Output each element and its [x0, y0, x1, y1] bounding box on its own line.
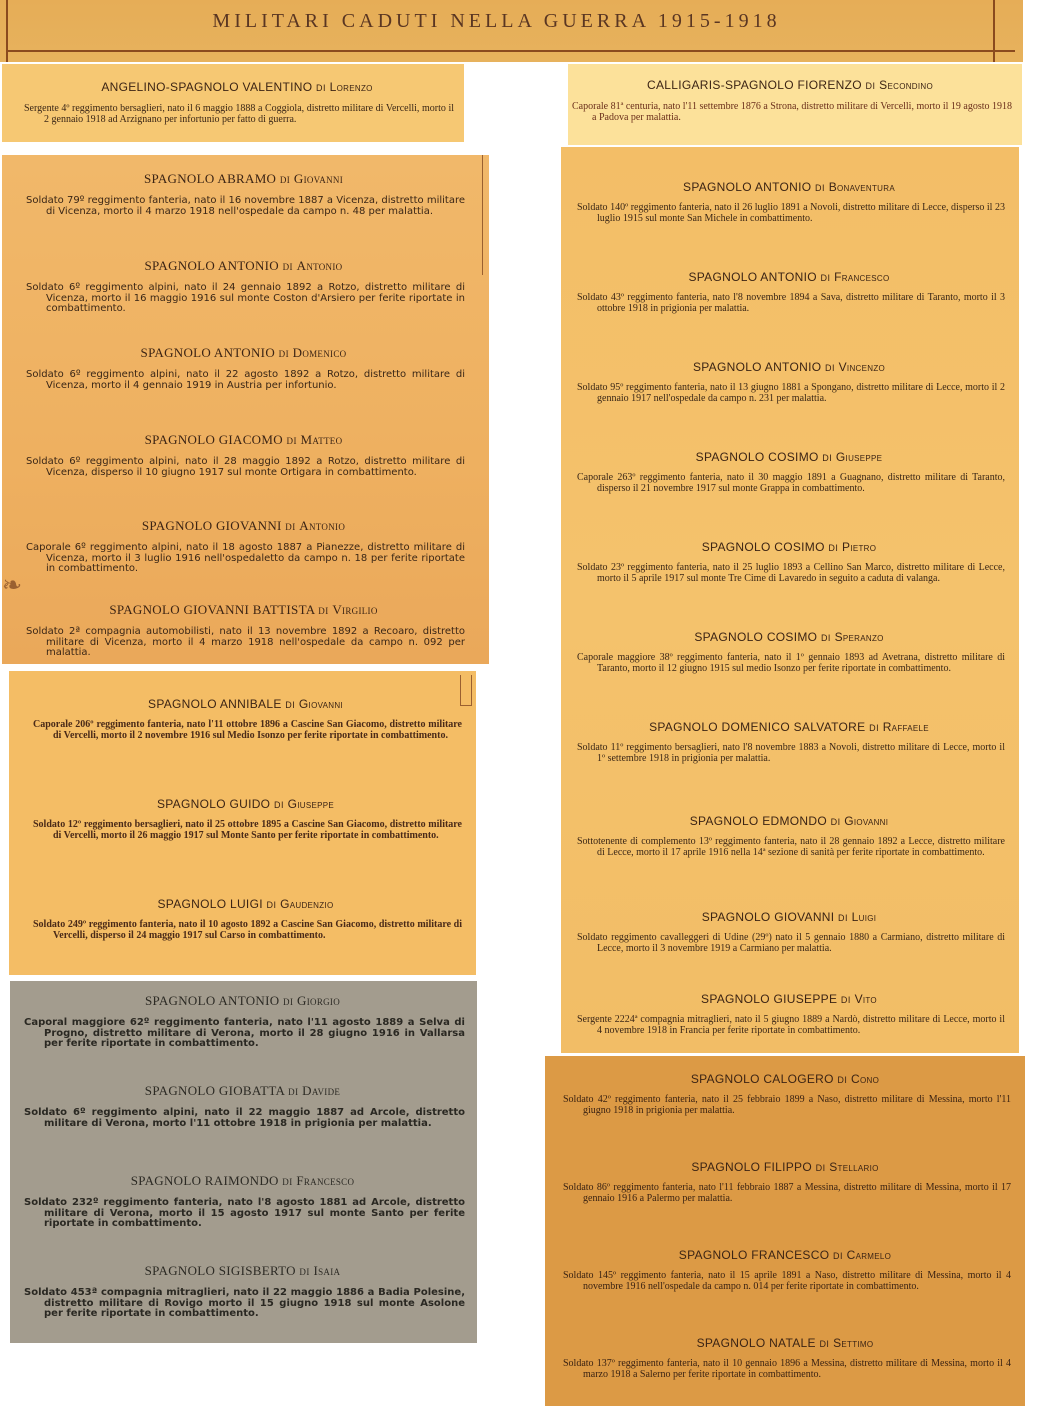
service-record-text: Caporale 263º reggimento fanteria, nato … [573, 473, 1005, 494]
father-name: Virgilio [332, 602, 377, 617]
soldier-name-heading: SPAGNOLO DOMENICO SALVATORE di Raffaele [573, 720, 1005, 734]
soldier-name: SPAGNOLO CALOGERO [691, 1072, 834, 1086]
soldier-name-heading: SPAGNOLO COSIMO di Giuseppe [573, 450, 1005, 464]
soldier-name-heading: SPAGNOLO COSIMO di Pietro [573, 540, 1005, 554]
memorial-entry: SPAGNOLO GIUSEPPE di VitoSergente 2224ª … [573, 992, 1005, 1053]
di-label: di [299, 1267, 310, 1277]
soldier-name-heading: SPAGNOLO GUIDO di Giuseppe [29, 797, 462, 811]
soldier-name-heading: CALLIGARIS-SPAGNOLO FIORENZO di Secondin… [568, 78, 1012, 92]
memorial-entry: ANGELINO-SPAGNOLO VALENTINO di LorenzoSe… [20, 80, 454, 125]
memorial-entry: SPAGNOLO DOMENICO SALVATORE di RaffaeleS… [573, 720, 1005, 814]
soldier-name: SPAGNOLO COSIMO [696, 450, 819, 464]
clipping-panel-5: SPAGNOLO ANNIBALE di GiovanniCaporale 20… [9, 671, 476, 975]
soldier-name-heading: SPAGNOLO GIOBATTA di Davide [20, 1083, 465, 1099]
soldier-name: SPAGNOLO SIGISBERTO [145, 1263, 296, 1278]
father-name: Bonaventura [829, 180, 895, 194]
memorial-entry: SPAGNOLO ANTONIO di AntonioSoldato 6º re… [22, 258, 465, 345]
memorial-entry: SPAGNOLO RAIMONDO di FrancescoSoldato 23… [20, 1173, 465, 1263]
di-label: di [282, 1177, 293, 1187]
soldier-name: SPAGNOLO FILIPPO [691, 1160, 812, 1174]
soldier-name: SPAGNOLO GIOVANNI BATTISTA [109, 602, 314, 617]
di-label: di [841, 995, 851, 1005]
father-name: Carmelo [847, 1248, 892, 1262]
di-label: di [821, 633, 831, 643]
soldier-name: SPAGNOLO ABRAMO [144, 171, 276, 186]
father-name: Francesco [296, 1173, 354, 1188]
father-name: Lorenzo [330, 80, 373, 94]
clipping-panel-2: CALLIGARIS-SPAGNOLO FIORENZO di Secondin… [568, 64, 1022, 145]
clipping-panel-7: SPAGNOLO CALOGERO di ConoSoldato 42º reg… [545, 1056, 1025, 1406]
di-label: di [283, 997, 294, 1007]
soldier-name: SPAGNOLO COSIMO [702, 540, 825, 554]
di-label: di [869, 723, 879, 733]
service-record-text: Caporale 81ª centuria, nato l'11 settemb… [568, 102, 1012, 123]
service-record-text: Caporale maggiore 38º reggimento fanteri… [573, 653, 1005, 674]
father-name: Giovanni [299, 697, 343, 711]
father-name: Giorgio [297, 993, 340, 1008]
service-record-text: Soldato 79º reggimento fanteria, nato il… [22, 196, 465, 217]
soldier-name: SPAGNOLO ANNIBALE [148, 697, 282, 711]
soldier-name: SPAGNOLO GIOBATTA [145, 1083, 285, 1098]
soldier-name-heading: SPAGNOLO CALOGERO di Cono [559, 1072, 1011, 1086]
border-ornament-icon [460, 675, 472, 706]
memorial-entry: SPAGNOLO GIOVANNI BATTISTA di VirgilioSo… [22, 602, 465, 664]
memorial-entry: SPAGNOLO NATALE di SettimoSoldato 137º r… [559, 1336, 1011, 1406]
di-label: di [286, 436, 297, 446]
service-record-text: Caporale 6º reggimento alpini, nato il 1… [22, 543, 465, 575]
memorial-entry: SPAGNOLO CALOGERO di ConoSoldato 42º reg… [559, 1072, 1011, 1160]
memorial-entry: SPAGNOLO GIOVANNI di AntonioCaporale 6º … [22, 518, 465, 602]
clipping-panel-3: SPAGNOLO ABRAMO di GiovanniSoldato 79º r… [2, 155, 489, 664]
di-label: di [285, 700, 295, 710]
memorial-entry: SPAGNOLO GUIDO di GiuseppeSoldato 12º re… [29, 797, 462, 897]
father-name: Cono [851, 1072, 879, 1086]
di-label: di [316, 83, 326, 93]
soldier-name-heading: SPAGNOLO FILIPPO di Stellario [559, 1160, 1011, 1174]
father-name: Domenico [293, 345, 347, 360]
soldier-name: SPAGNOLO FRANCESCO [679, 1248, 830, 1262]
di-label: di [821, 273, 831, 283]
soldier-name-heading: SPAGNOLO FRANCESCO di Carmelo [559, 1248, 1011, 1262]
memorial-entry: SPAGNOLO COSIMO di GiuseppeCaporale 263º… [573, 450, 1005, 540]
di-label: di [828, 543, 838, 553]
service-record-text: Soldato 23º reggimento fanteria, nato il… [573, 563, 1005, 584]
soldier-name-heading: SPAGNOLO ANTONIO di Antonio [22, 258, 465, 274]
father-name: Pietro [842, 540, 876, 554]
di-label: di [274, 800, 284, 810]
father-name: Giovanni [294, 171, 343, 186]
soldier-name-heading: ANGELINO-SPAGNOLO VALENTINO di Lorenzo [20, 80, 454, 94]
father-name: Giuseppe [836, 450, 882, 464]
soldier-name: SPAGNOLO ANTONIO [693, 360, 821, 374]
soldier-name-heading: SPAGNOLO LUIGI di Gaudenzio [29, 897, 462, 911]
soldier-name: SPAGNOLO GIOVANNI [142, 518, 282, 533]
soldier-name-heading: SPAGNOLO ANTONIO di Giorgio [20, 993, 465, 1009]
memorial-entry: SPAGNOLO ANTONIO di VincenzoSoldato 95º … [573, 360, 1005, 450]
soldier-name-heading: SPAGNOLO SIGISBERTO di Isaia [20, 1263, 465, 1279]
clipping-panel-6: SPAGNOLO ANTONIO di GiorgioCaporal maggi… [10, 981, 477, 1343]
service-record-text: Soldato 6º reggimento alpini, nato il 22… [20, 1108, 465, 1129]
memorial-entry: SPAGNOLO ANNIBALE di GiovanniCaporale 20… [29, 697, 462, 797]
soldier-name-heading: SPAGNOLO ANNIBALE di Giovanni [29, 697, 462, 711]
service-record-text: Caporale 206º reggimento fanteria, nato … [29, 720, 462, 741]
service-record-text: Soldato 42º reggimento fanteria, nato il… [559, 1095, 1011, 1116]
service-record-text: Soldato reggimento cavalleggeri di Udine… [573, 933, 1005, 954]
service-record-text: Soldato 12º reggimento bersaglieri, nato… [29, 820, 462, 841]
soldier-name-heading: SPAGNOLO GIUSEPPE di Vito [573, 992, 1005, 1006]
di-label: di [288, 1087, 299, 1097]
service-record-text: Soldato 137º reggimento fanteria, nato i… [559, 1359, 1011, 1380]
di-label: di [831, 817, 841, 827]
memorial-entry: SPAGNOLO ANTONIO di DomenicoSoldato 6º r… [22, 345, 465, 432]
border-rule [6, 50, 1015, 52]
memorial-entry: SPAGNOLO ABRAMO di GiovanniSoldato 79º r… [22, 171, 465, 258]
service-record-text: Soldato 6º reggimento alpini, nato il 22… [22, 370, 465, 391]
father-name: Secondino [879, 78, 933, 92]
memorial-entry: SPAGNOLO ANTONIO di BonaventuraSoldato 1… [573, 180, 1005, 270]
di-label: di [816, 1163, 826, 1173]
soldier-name-heading: SPAGNOLO GIOVANNI di Antonio [22, 518, 465, 534]
scroll-ornament-icon: ❧ [2, 571, 16, 601]
di-label: di [837, 1075, 847, 1085]
di-label: di [283, 262, 294, 272]
soldier-name-heading: SPAGNOLO RAIMONDO di Francesco [20, 1173, 465, 1189]
service-record-text: Soldato 453ª compagnia mitraglieri, nato… [20, 1288, 465, 1320]
soldier-name: SPAGNOLO GIUSEPPE [701, 992, 837, 1006]
father-name: Antonio [299, 518, 345, 533]
soldier-name: SPAGNOLO ANTONIO [145, 258, 279, 273]
soldier-name: SPAGNOLO LUIGI [158, 897, 263, 911]
service-record-text: Sergente 2224ª compagnia mitraglieri, na… [573, 1015, 1005, 1036]
father-name: Antonio [297, 258, 343, 273]
service-record-text: Soldato 86º reggimento fanteria, nato l'… [559, 1183, 1011, 1204]
soldier-name-heading: SPAGNOLO GIOVANNI BATTISTA di Virgilio [22, 602, 465, 618]
service-record-text: Soldato 95º reggimento fanteria, nato il… [573, 383, 1005, 404]
memorial-entry: SPAGNOLO COSIMO di PietroSoldato 23º reg… [573, 540, 1005, 630]
father-name: Gaudenzio [280, 897, 333, 911]
di-label: di [285, 522, 296, 532]
soldier-name-heading: SPAGNOLO GIOVANNI di Luigi [573, 910, 1005, 924]
soldier-name: SPAGNOLO ANTONIO [688, 270, 816, 284]
di-label: di [838, 913, 848, 923]
page-title: MILITARI CADUTI NELLA GUERRA 1915-1918 [0, 10, 993, 33]
di-label: di [833, 1251, 843, 1261]
soldier-name-heading: SPAGNOLO ANTONIO di Domenico [22, 345, 465, 361]
page-header: MILITARI CADUTI NELLA GUERRA 1915-1918 [0, 0, 1023, 62]
soldier-name-heading: SPAGNOLO GIACOMO di Matteo [22, 432, 465, 448]
di-label: di [822, 453, 832, 463]
service-record-text: Caporal maggiore 62º reggimento fanteria… [20, 1018, 465, 1050]
di-label: di [279, 349, 290, 359]
soldier-name: SPAGNOLO RAIMONDO [131, 1173, 279, 1188]
service-record-text: Soldato 6º reggimento alpini, nato il 28… [22, 457, 465, 478]
di-label: di [318, 606, 329, 616]
father-name: Davide [302, 1083, 340, 1098]
service-record-text: Soldato 145º reggimento fanteria, nato i… [559, 1271, 1011, 1292]
father-name: Isaia [313, 1263, 340, 1278]
soldier-name-heading: SPAGNOLO EDMONDO di Giovanni [573, 814, 1005, 828]
father-name: Stellario [829, 1160, 878, 1174]
soldier-name-heading: SPAGNOLO NATALE di Settimo [559, 1336, 1011, 1350]
soldier-name-heading: SPAGNOLO ABRAMO di Giovanni [22, 171, 465, 187]
father-name: Luigi [852, 910, 877, 924]
service-record-text: Sergente 4º reggimento bersaglieri, nato… [20, 104, 454, 125]
soldier-name: SPAGNOLO ANTONIO [145, 993, 279, 1008]
soldier-name: SPAGNOLO EDMONDO [690, 814, 827, 828]
father-name: Vito [855, 992, 877, 1006]
memorial-entry: SPAGNOLO FRANCESCO di CarmeloSoldato 145… [559, 1248, 1011, 1336]
clipping-panel-4: SPAGNOLO ANTONIO di BonaventuraSoldato 1… [561, 147, 1019, 1053]
father-name: Giovanni [844, 814, 888, 828]
memorial-entry: SPAGNOLO GIOBATTA di DavideSoldato 6º re… [20, 1083, 465, 1173]
service-record-text: Soldato 249º reggimento fanteria, nato i… [29, 920, 462, 941]
memorial-entry: SPAGNOLO ANTONIO di GiorgioCaporal maggi… [20, 993, 465, 1083]
soldier-name: SPAGNOLO GIOVANNI [702, 910, 835, 924]
service-record-text: Soldato 232º reggimento fanteria, nato l… [20, 1198, 465, 1230]
father-name: Matteo [301, 432, 343, 447]
border-rule [993, 0, 995, 62]
memorial-entry: SPAGNOLO COSIMO di SperanzoCaporale magg… [573, 630, 1005, 720]
di-label: di [825, 363, 835, 373]
memorial-entry: SPAGNOLO ANTONIO di FrancescoSoldato 43º… [573, 270, 1005, 360]
soldier-name: SPAGNOLO ANTONIO [683, 180, 811, 194]
di-label: di [866, 81, 876, 91]
soldier-name: SPAGNOLO GIACOMO [145, 432, 283, 447]
father-name: Speranzo [835, 630, 884, 644]
soldier-name: ANGELINO-SPAGNOLO VALENTINO [101, 80, 312, 94]
di-label: di [280, 175, 291, 185]
soldier-name-heading: SPAGNOLO COSIMO di Speranzo [573, 630, 1005, 644]
service-record-text: Soldato 6º reggimento alpini, nato il 24… [22, 283, 465, 315]
service-record-text: Soldato 2ª compagnia automobilisti, nato… [22, 627, 465, 659]
soldier-name: SPAGNOLO ANTONIO [141, 345, 275, 360]
service-record-text: Soldato 11º reggimento bersaglieri, nato… [573, 743, 1005, 764]
soldier-name: SPAGNOLO NATALE [697, 1336, 816, 1350]
soldier-name-heading: SPAGNOLO ANTONIO di Bonaventura [573, 180, 1005, 194]
service-record-text: Soldato 43º reggimento fanteria, nato l'… [573, 293, 1005, 314]
soldier-name: SPAGNOLO GUIDO [157, 797, 270, 811]
memorial-entry: SPAGNOLO SIGISBERTO di IsaiaSoldato 453ª… [20, 1263, 465, 1343]
memorial-entry: SPAGNOLO FILIPPO di StellarioSoldato 86º… [559, 1160, 1011, 1248]
soldier-name: CALLIGARIS-SPAGNOLO FIORENZO [647, 78, 862, 92]
soldier-name-heading: SPAGNOLO ANTONIO di Vincenzo [573, 360, 1005, 374]
memorial-entry: CALLIGARIS-SPAGNOLO FIORENZO di Secondin… [568, 78, 1012, 123]
memorial-entry: SPAGNOLO LUIGI di GaudenzioSoldato 249º … [29, 897, 462, 975]
service-record-text: Sottotenente di complemento 13º reggimen… [573, 837, 1005, 858]
soldier-name-heading: SPAGNOLO ANTONIO di Francesco [573, 270, 1005, 284]
father-name: Giuseppe [288, 797, 334, 811]
di-label: di [266, 900, 276, 910]
father-name: Raffaele [883, 720, 929, 734]
soldier-name: SPAGNOLO COSIMO [694, 630, 817, 644]
father-name: Francesco [834, 270, 889, 284]
memorial-entry: SPAGNOLO EDMONDO di GiovanniSottotenente… [573, 814, 1005, 910]
soldier-name: SPAGNOLO DOMENICO SALVATORE [649, 720, 865, 734]
father-name: Vincenzo [839, 360, 885, 374]
memorial-entry: SPAGNOLO GIOVANNI di LuigiSoldato reggim… [573, 910, 1005, 992]
clipping-panel-1: ANGELINO-SPAGNOLO VALENTINO di LorenzoSe… [2, 64, 464, 142]
service-record-text: Soldato 140º reggimento fanteria, nato i… [573, 203, 1005, 224]
di-label: di [815, 183, 825, 193]
memorial-entry: SPAGNOLO GIACOMO di MatteoSoldato 6º reg… [22, 432, 465, 518]
father-name: Settimo [833, 1336, 873, 1350]
di-label: di [819, 1339, 829, 1349]
border-ornament-icon [482, 155, 489, 275]
